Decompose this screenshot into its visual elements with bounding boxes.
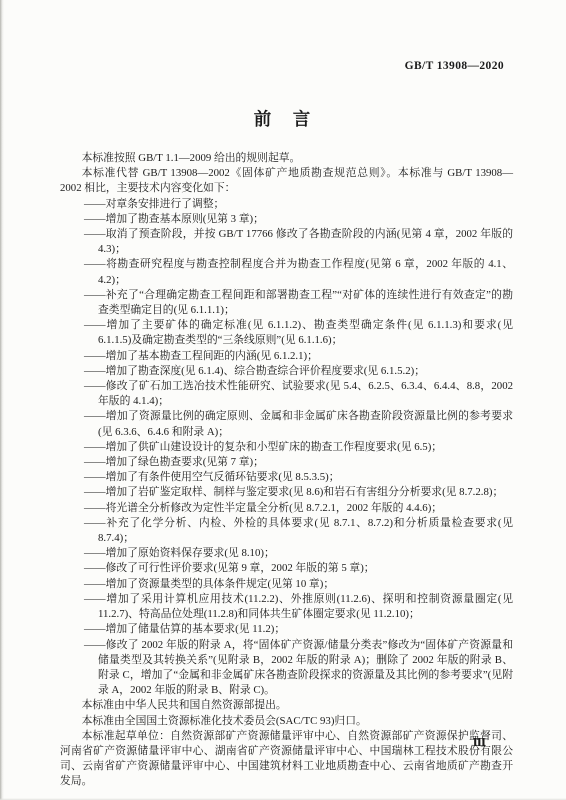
change-item: ——将光谱全分析修改为定性半定量全分析(见 8.7.2.1，2002 年版的 4…	[60, 501, 513, 516]
foreword-intro: 本标准按照 GB/T 1.1—2009 给出的规则起草。本标准代替 GB/T 1…	[60, 151, 513, 197]
change-item: ——补充了化学分析、内检、外检的具体要求(见 8.7.1、8.7.2)和分析质量…	[60, 516, 513, 546]
change-item: ——增加了绿色勘查要求(见第 7 章)；	[60, 455, 513, 470]
change-item: ——增加了资源量类型的具体条件规定(见第 10 章)；	[60, 577, 513, 592]
standard-code-header: GB/T 13908—2020	[405, 60, 504, 72]
change-item: ——增加了岩矿鉴定取样、制样与鉴定要求(见 8.6)和岩石有害组分分析要求(见 …	[60, 485, 513, 500]
closing-paragraph: 本标准由全国国土资源标准化技术委员会(SAC/TC 93)归口。	[60, 714, 513, 729]
change-item: ——增加了勘查深度(见 6.1.4)、综合勘查综合评价程度要求(见 6.1.5.…	[60, 364, 513, 379]
change-item: ——增加了采用计算机应用技术(11.2.2)、外推原则(11.2.6)、探明和控…	[60, 592, 513, 622]
change-item: ——取消了预查阶段，并按 GB/T 17766 修改了各勘查阶段的内涵(见第 4…	[60, 227, 513, 257]
intro-paragraph: 本标准代替 GB/T 13908—2002《固体矿产地质勘查规范总则》。本标准与…	[60, 166, 513, 196]
change-item: ——增加了有条件使用空气反循环钻要求(见 8.5.3.5)；	[60, 470, 513, 485]
foreword-changes-list: ——对章条安排进行了调整；——增加了勘查基本原则(见第 3 章)；——取消了预查…	[60, 197, 513, 699]
foreword-body: 本标准按照 GB/T 1.1—2009 给出的规则起草。本标准代替 GB/T 1…	[60, 151, 513, 790]
intro-paragraph: 本标准按照 GB/T 1.1—2009 给出的规则起草。	[60, 151, 513, 166]
change-item: ——增加了储量估算的基本要求(见 11.2)；	[60, 622, 513, 637]
document-page: GB/T 13908—2020 前 言 本标准按照 GB/T 1.1—2009 …	[0, 0, 566, 800]
change-item: ——修改了矿石加工选冶技术性能研究、试验要求(见 5.4、6.2.5、6.3.4…	[60, 379, 513, 409]
change-item: ——增加了资源量比例的确定原则、金属和非金属矿床各勘查阶段资源量比例的参考要求(…	[60, 409, 513, 439]
change-item: ——对章条安排进行了调整；	[60, 197, 513, 212]
change-item: ——修改了 2002 年版的附录 A，将“固体矿产资源/储量分类表”修改为“固体…	[60, 638, 513, 699]
foreword-closing: 本标准由中华人民共和国自然资源部提出。本标准由全国国土资源标准化技术委员会(SA…	[60, 698, 513, 789]
change-item: ——补充了“合理确定勘查工程间距和部署勘查工程”“对矿体的连续性进行有效查定”的…	[60, 288, 513, 318]
change-item: ——增加了勘查基本原则(见第 3 章)；	[60, 212, 513, 227]
change-item: ——将勘查研究程度与勘查控制程度合并为勘查工作程度(见第 6 章，2002 年版…	[60, 257, 513, 287]
change-item: ——增加了供矿山建设设计的复杂和小型矿床的勘查工作程度要求(见 6.5)；	[60, 440, 513, 455]
closing-paragraph: 本标准由中华人民共和国自然资源部提出。	[60, 698, 513, 713]
change-item: ——增加了原始资料保存要求(见 8.10)；	[60, 546, 513, 561]
closing-paragraph: 本标准起草单位：自然资源部矿产资源储量评审中心、自然资源部矿产资源保护监督司、河…	[60, 729, 513, 790]
change-item: ——增加了主要矿体的确定标准(见 6.1.1.2)、勘查类型确定条件(见 6.1…	[60, 318, 513, 348]
foreword-title: 前 言	[0, 106, 566, 131]
page-number: Ⅲ	[473, 736, 486, 749]
change-item: ——修改了可行性评价要求(见第 9 章，2002 年版的第 5 章)；	[60, 561, 513, 576]
change-item: ——增加了基本勘查工程间距的内涵(见 6.1.2.1)；	[60, 349, 513, 364]
